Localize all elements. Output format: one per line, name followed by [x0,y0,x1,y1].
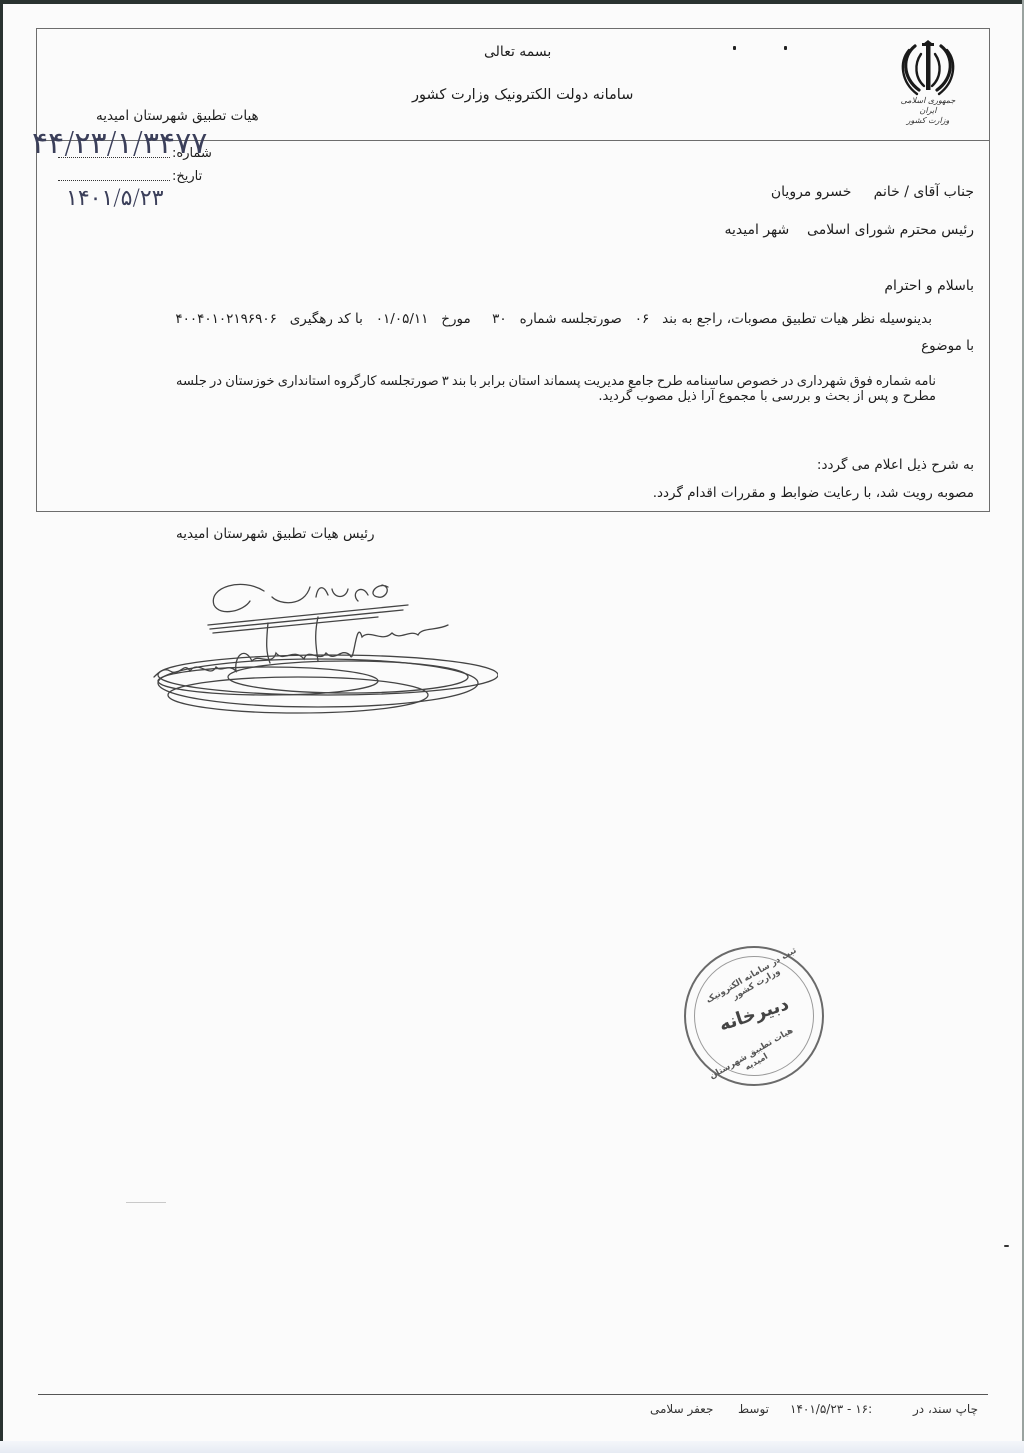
emblem-graphic-icon [897,38,959,96]
handwritten-letter-date: ۱۴۰۱/۵/۲۳ [66,186,164,211]
body-reference-line: بدینوسیله نظر هیات تطبیق مصوبات، راجع به… [175,311,932,327]
handwritten-letter-number: ۴۴/۲۳/۱/۳۴۷۷ [32,126,207,161]
scan-streak [126,1202,166,1203]
recipient-name: خسرو مرویان [771,184,852,200]
subject-label: با موضوع [921,338,974,354]
signatory-title: رئیس هیات تطبیق شهرستان امیدیه [176,526,375,542]
reference-text-2: صورتجلسه شماره [520,311,622,327]
subject-line-1: نامه شماره فوق شهرداری در خصوص ساسنامه ط… [176,374,936,390]
footer-printed-by: جعفر سلامی [650,1402,713,1416]
iran-emblem-icon: جمهوری اسلامی ایران وزارت کشور [893,38,963,128]
scan-speck [1004,1245,1009,1247]
emblem-caption-country: جمهوری اسلامی ایران [893,96,963,116]
greeting: باسلام و احترام [884,278,974,294]
emblem-caption-ministry: وزارت کشور [893,116,963,126]
salutation-prefix: جناب آقای / خانم [874,184,974,200]
recipient-line: جناب آقای / خانم خسرو مرویان [771,184,974,200]
issuer-name: هیات تطبیق شهرستان امیدیه [96,108,259,124]
print-date: ۱۴۰۱/۵/۲۳ [790,1402,843,1416]
tracking-code: ۴۰۰۴۰۱۰۲۱۹۶۹۰۶ [175,311,277,327]
session-date: ۰۱/۰۵/۱۱ [376,311,429,327]
recipient-city: شهر امیدیه [725,222,790,238]
bismillah: بسمه تعالی [484,44,551,60]
handwritten-signature-icon: جعفر سلامی [118,565,498,725]
recipient-title: رئیس محترم شورای اسلامی [807,222,974,238]
decision: مصوبه رویت شد، با رعایت ضوابط و مقررات ا… [653,485,974,501]
footer-print-label: چاپ سند، در [913,1402,978,1416]
print-time: :۱۶ [855,1402,872,1416]
clause-number: ۰۶ [635,311,650,327]
secretariat-stamp: ثبت در سامانه الکترونیک وزارت کشور دبیرخ… [684,946,824,1086]
recipient-title-line: رئیس محترم شورای اسلامی شهر امیدیه [725,222,975,238]
reference-text-3: مورخ [441,311,470,327]
scan-edge-top [0,0,1024,4]
print-separator: - [847,1402,851,1416]
system-title: سامانه دولت الکترونیک وزارت کشور [412,87,633,103]
date-dotted-line [58,180,170,181]
announcement: به شرح ذیل اعلام می گردد: [817,457,974,473]
date-label: تاریخ: [172,169,202,185]
reference-text-1: بدینوسیله نظر هیات تطبیق مصوبات، راجع به… [662,311,932,327]
scan-edge-bottom [0,1441,1024,1453]
session-number: ۳۰ [492,311,507,327]
footer-rule [38,1394,988,1395]
footer-by-label: توسط [738,1402,769,1416]
reference-text-4: با کد رهگیری [290,311,363,327]
scan-speck [733,46,736,50]
scan-edge-left [0,0,3,1453]
footer-print-time: :۱۶ - ۱۴۰۱/۵/۲۳ [790,1402,872,1416]
subject-line-2: مطرح و پس از بحث و بررسی با مجموع آرا ذی… [598,389,936,405]
scan-speck [784,46,787,50]
